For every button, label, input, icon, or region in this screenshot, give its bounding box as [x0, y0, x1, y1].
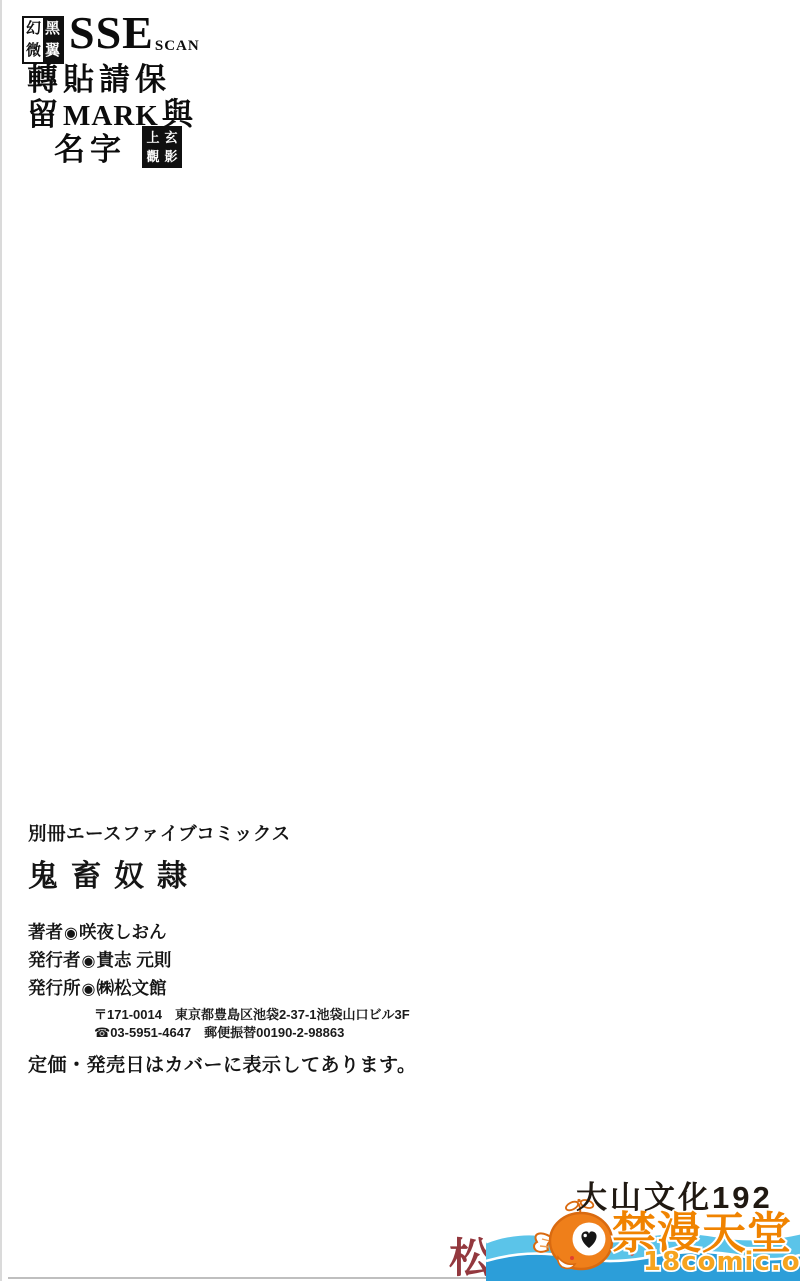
scanner-credit-line: 轉貼請保 — [27, 64, 171, 95]
publishing-house-label: 発行所 — [28, 978, 81, 998]
publisher-row: 発行者◉貴志 元則 — [28, 947, 498, 975]
scanner-group-seal: 幻 黑 微 翼 — [22, 16, 64, 64]
colophon-block: 別冊エースファイブコミックス 鬼畜奴隷 著者◉咲夜しおん 発行者◉貴志 元則 発… — [28, 820, 498, 1077]
publishing-house-name: ㈱松文館 — [96, 978, 166, 998]
credit-text: 留 — [27, 97, 60, 132]
author-row: 著者◉咲夜しおん — [28, 919, 498, 947]
seal-character: 幻 — [24, 18, 43, 40]
address-line: 〒171-0014 東京都豊島区池袋2-37-1池袋山口ビル3F — [94, 1006, 498, 1024]
seal-character: 上 — [144, 128, 162, 147]
bullet-icon: ◉ — [64, 925, 78, 942]
credits-list: 著者◉咲夜しおん 発行者◉貴志 元則 発行所◉㈱松文館 — [28, 919, 498, 1003]
author-label: 著者 — [28, 922, 63, 942]
credit-text: 名字 — [54, 134, 126, 165]
publisher-address: 〒171-0014 東京都豊島区池袋2-37-1池袋山口ビル3F ☎03-595… — [28, 1006, 498, 1042]
seal-character: 觀 — [144, 147, 162, 166]
scanner-logo-sub: SCAN — [155, 38, 200, 55]
red-stamp-character: 松 — [449, 1238, 490, 1279]
scanned-colophon-page: 幻 黑 微 翼 SSE SCAN 轉貼請保 留MARK與 名字 上 玄 觀 影 … — [0, 0, 800, 1281]
scanner-logo-main: SSE — [69, 10, 154, 56]
bullet-icon: ◉ — [82, 981, 96, 998]
bullet-icon: ◉ — [82, 953, 96, 970]
phone-postal-line: ☎03-5951-4647 郵便振替00190-2-98863 — [94, 1024, 498, 1042]
publisher-label: 発行者 — [28, 950, 81, 970]
publisher-name: 貴志 元則 — [96, 950, 171, 970]
seal-character: 翼 — [43, 40, 62, 62]
price-note: 定価・発売日はカバーに表示してあります。 — [28, 1050, 498, 1077]
seal-character: 影 — [162, 147, 180, 166]
seal-character: 黑 — [43, 18, 62, 40]
scan-edge-artifact — [0, 0, 2, 1281]
scan-edge-artifact — [8, 1277, 488, 1279]
author-name: 咲夜しおん — [79, 922, 167, 942]
book-title: 鬼畜奴隷 — [28, 851, 498, 895]
culture-series-number: 大山文化192 — [576, 1172, 773, 1217]
scanner-stamp-seal: 上 玄 觀 影 — [142, 126, 182, 168]
scanner-credit-line: 名字 上 玄 觀 影 — [54, 134, 182, 168]
publishing-house-row: 発行所◉㈱松文館 — [28, 975, 498, 1003]
seal-character: 微 — [24, 40, 43, 62]
series-name: 別冊エースファイブコミックス — [28, 820, 498, 846]
site-url-text: 18comic.org — [643, 1247, 800, 1277]
scanner-logo: SSE SCAN — [69, 10, 200, 56]
seal-character: 玄 — [162, 128, 180, 147]
